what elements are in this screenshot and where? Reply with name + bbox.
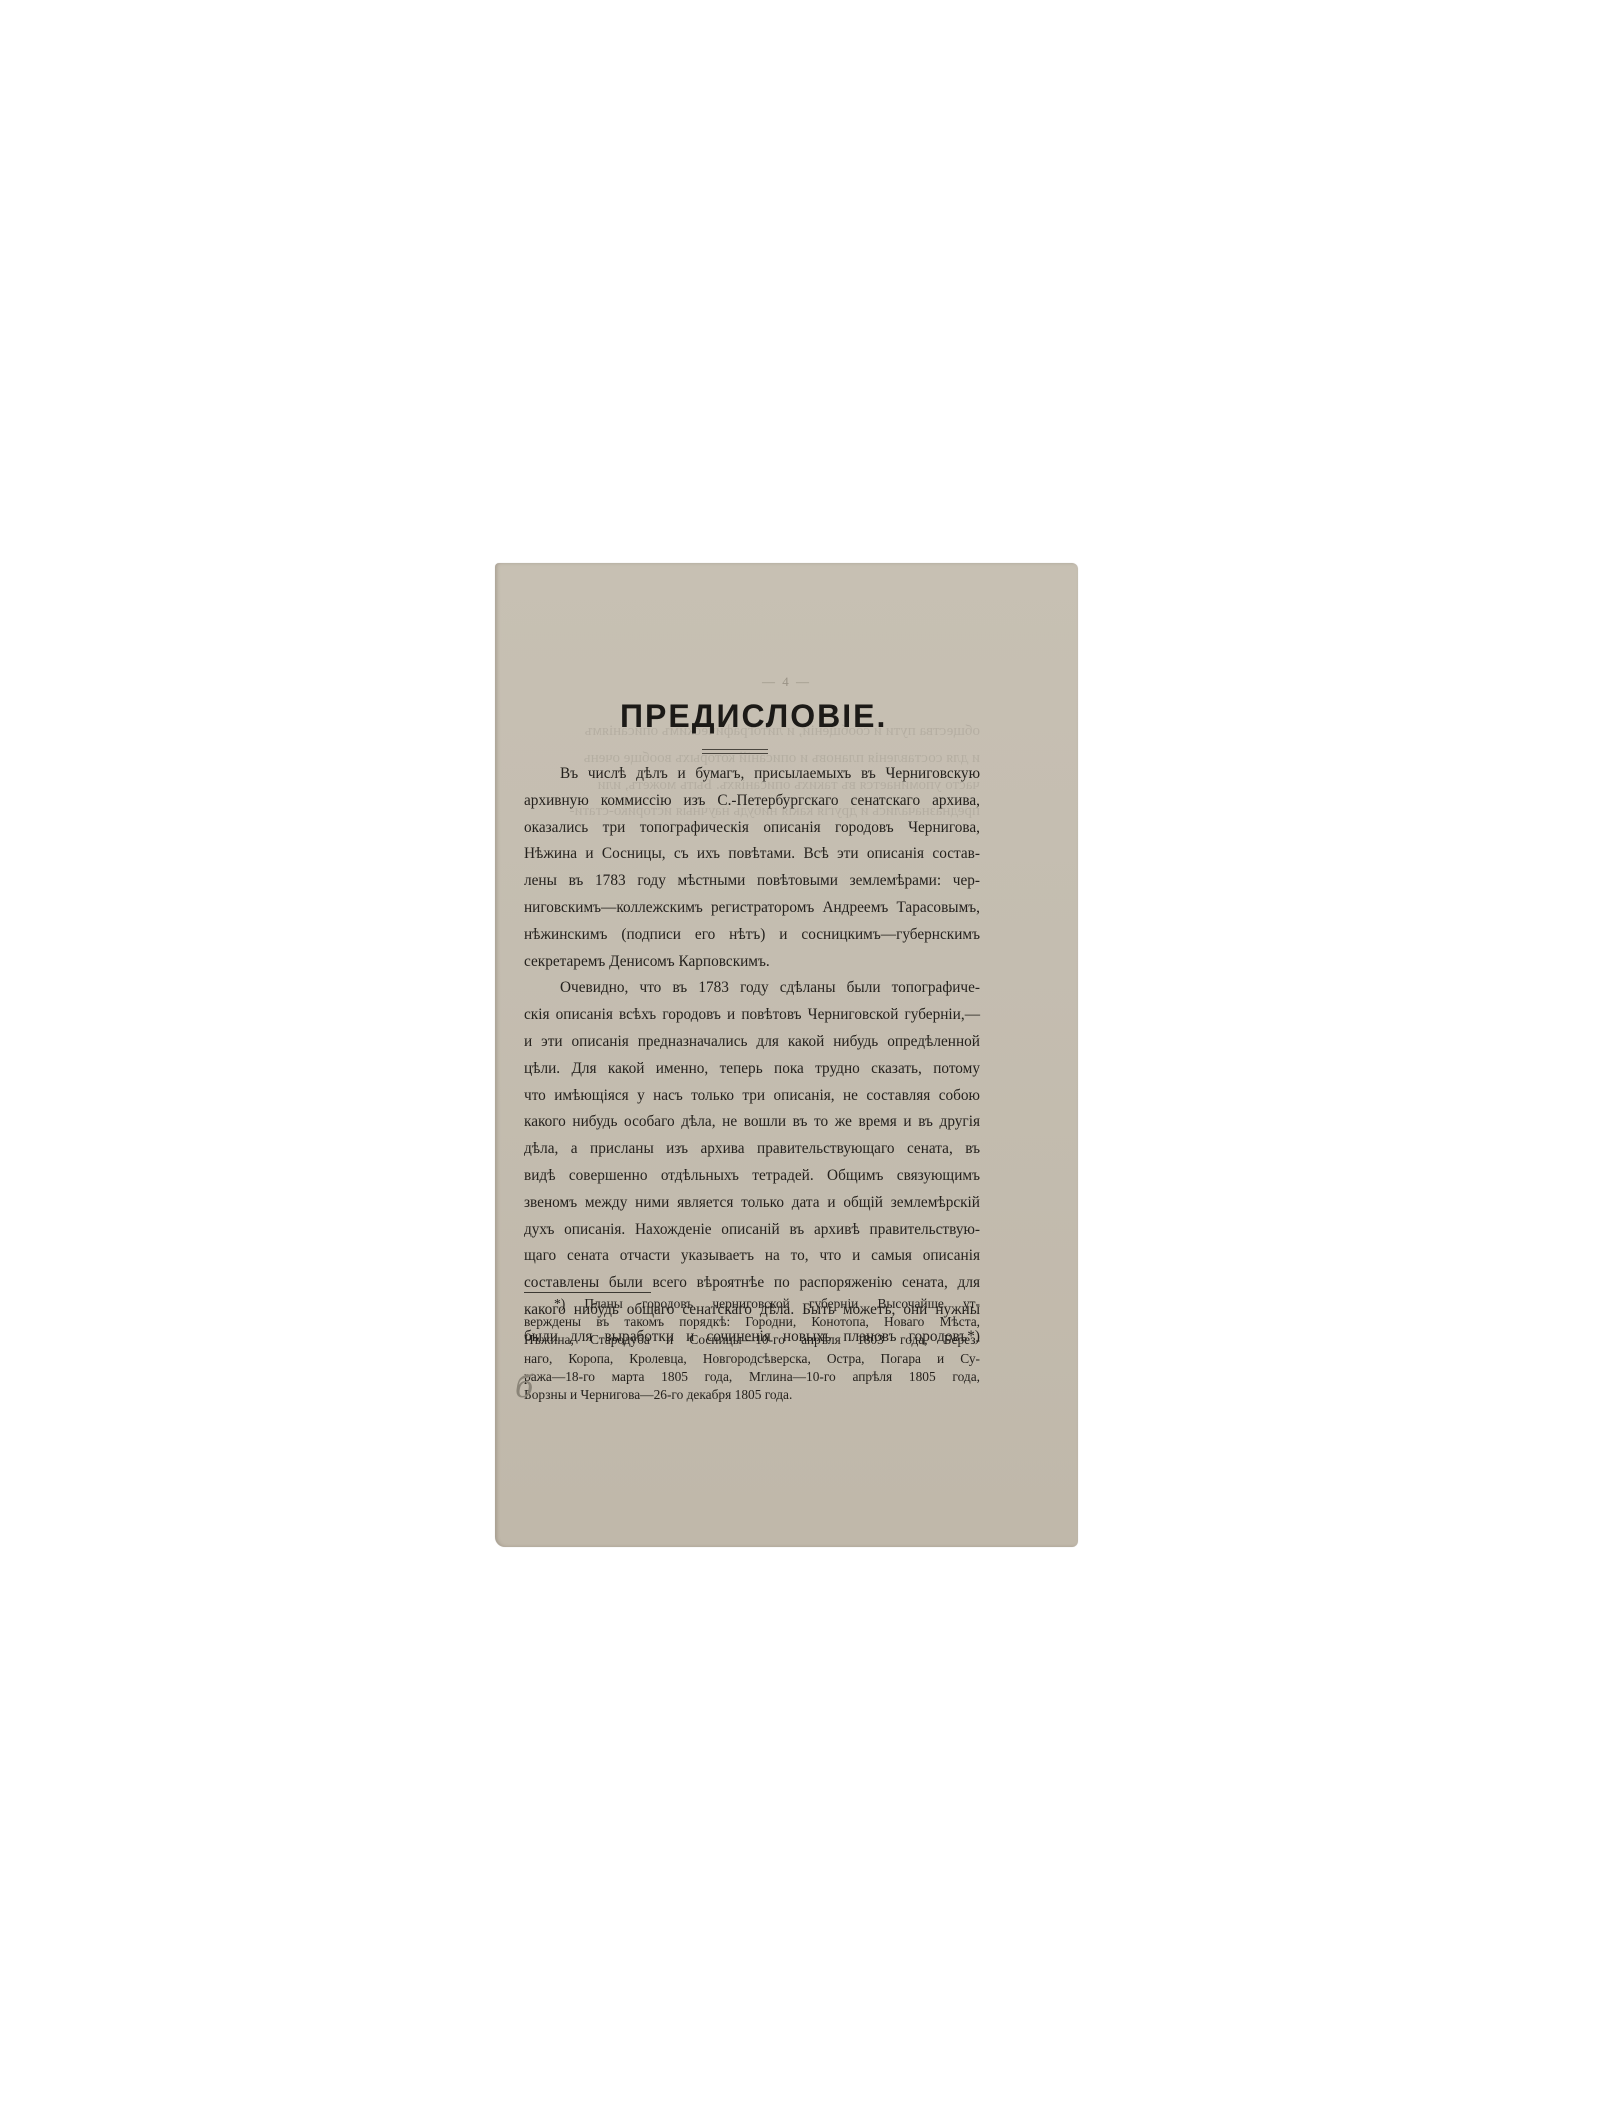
text-line: звеномъ между ними является только дата …	[524, 1190, 980, 1217]
text-line: Нѣжина и Сосницы, съ ихъ повѣтами. Всѣ э…	[524, 841, 980, 868]
text-line: дѣла, а присланы изъ архива правительств…	[524, 1136, 980, 1163]
book-page: общества пути и сообщеній, и литографиче…	[495, 563, 1078, 1547]
footnote-line: верждены въ такомъ порядкѣ: Городни, Кон…	[524, 1313, 980, 1331]
page-title: ПРЕДИСЛОВІЕ.	[620, 698, 887, 735]
text-line: духъ описанія. Нахожденіе описаній въ ар…	[524, 1217, 980, 1244]
footnote-line: Нѣжина, Стародуба и Сосницы—10-го апрѣля…	[524, 1331, 980, 1349]
text-line: видѣ совершенно отдѣльныхъ тетрадей. Общ…	[524, 1163, 980, 1190]
text-line: архивную коммиссію изъ С.-Петербургскаго…	[524, 788, 980, 815]
page-number: — 4 —	[495, 674, 1078, 690]
text-line: что имѣющіяся у насъ только три описанія…	[524, 1083, 980, 1110]
footnote-line: наго, Коропа, Кролевца, Новгородсѣверска…	[524, 1350, 980, 1368]
text-line: какого нибудь особаго дѣла, не вошли въ …	[524, 1109, 980, 1136]
handwritten-pencil-mark: б	[515, 1370, 533, 1405]
text-line: и эти описанія предназначались для какой…	[524, 1029, 980, 1056]
text-line: щаго сената отчасти указываетъ на то, чт…	[524, 1243, 980, 1270]
footnote-divider	[524, 1292, 651, 1293]
body-text: Въ числѣ дѣлъ и бумагъ, присылаемыхъ въ …	[524, 761, 980, 1351]
text-line: Очевидно, что въ 1783 году сдѣланы были …	[524, 975, 980, 1002]
text-line: Въ числѣ дѣлъ и бумагъ, присылаемыхъ въ …	[524, 761, 980, 788]
text-line: цѣли. Для какой именно, теперь пока труд…	[524, 1056, 980, 1083]
title-divider	[702, 749, 768, 754]
footnote: *) Планы городовъ черниговской губерніи …	[524, 1295, 980, 1404]
text-line: лены въ 1783 году мѣстными повѣтовыми зе…	[524, 868, 980, 895]
footnote-line: *) Планы городовъ черниговской губерніи …	[524, 1295, 980, 1313]
text-line: оказались три топографическія описанія г…	[524, 815, 980, 842]
footnote-line: Борзны и Чернигова—26-го декабря 1805 го…	[524, 1386, 980, 1404]
text-line: нѣжинскимъ (подписи его нѣтъ) и сосницки…	[524, 922, 980, 949]
text-line: ниговскимъ—коллежскимъ регистраторомъ Ан…	[524, 895, 980, 922]
footnote-line: ража—18-го марта 1805 года, Мглина—10-го…	[524, 1368, 980, 1386]
paragraph-1: Въ числѣ дѣлъ и бумагъ, присылаемыхъ въ …	[524, 761, 980, 975]
text-line: секретаремъ Денисомъ Карповскимъ.	[524, 949, 980, 976]
text-line: скія описанія всѣхъ городовъ и повѣтовъ …	[524, 1002, 980, 1029]
